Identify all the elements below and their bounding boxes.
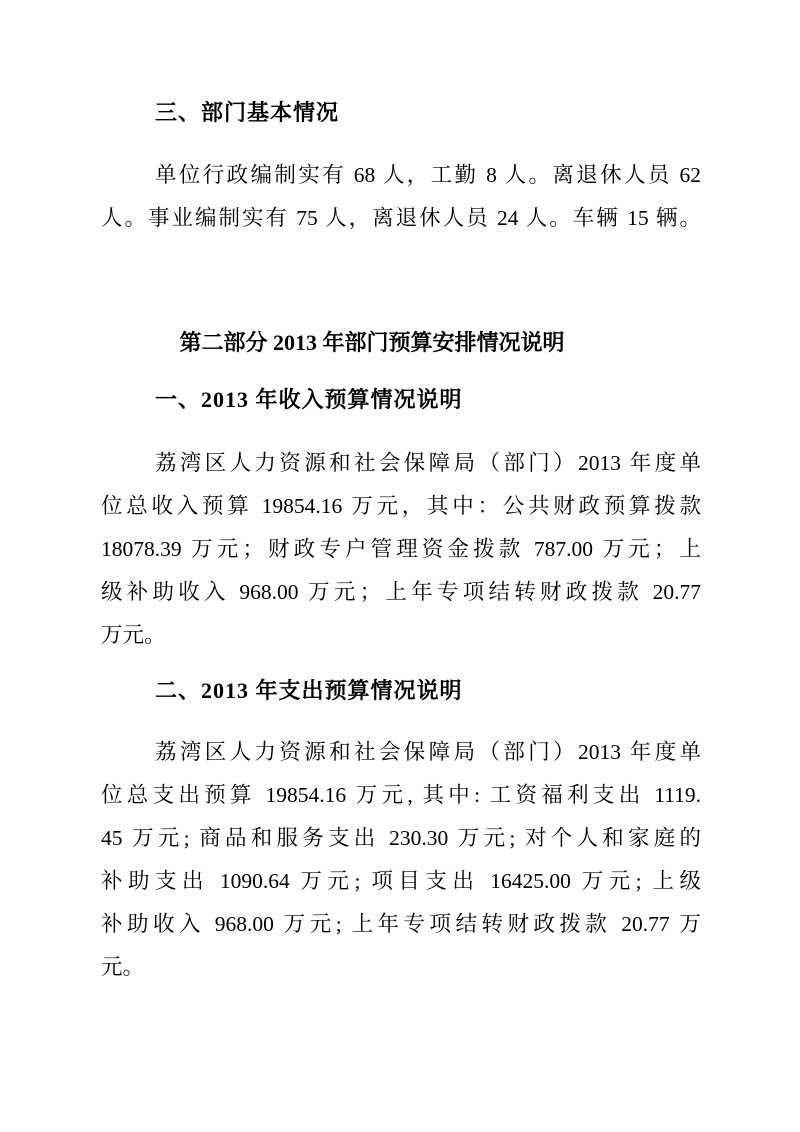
text-line: 位总支出预算 19854.16 万元, 其中: 工资福利支出 1119. bbox=[101, 774, 701, 817]
heading-income-budget: 一、2013 年收入预算情况说明 bbox=[101, 378, 701, 421]
text-line: 单位行政编制实有 68 人，工勤 8 人。离退休人员 62 bbox=[101, 154, 701, 197]
text-line: 补助收入 968.00 万元; 上年专项结转财政拨款 20.77 万 bbox=[101, 903, 701, 946]
paragraph-staffing: 单位行政编制实有 68 人，工勤 8 人。离退休人员 62人。事业编制实有 75… bbox=[101, 154, 701, 240]
text-line: 荔湾区人力资源和社会保障局（部门）2013 年度单 bbox=[101, 442, 701, 485]
text-line: 18078.39 万元；财政专户管理资金拨款 787.00 万元；上 bbox=[101, 528, 701, 571]
text-line: 人。事业编制实有 75 人，离退休人员 24 人。车辆 15 辆。 bbox=[101, 197, 701, 240]
text-line: 万元。 bbox=[101, 614, 701, 657]
part2-title: 第二部分 2013 年部门预算安排情况说明 bbox=[101, 321, 701, 364]
text-line: 位总收入预算 19854.16 万元，其中：公共财政预算拨款 bbox=[101, 485, 701, 528]
paragraph-expense-budget: 荔湾区人力资源和社会保障局（部门）2013 年度单位总支出预算 19854.16… bbox=[101, 731, 701, 989]
heading-expense-budget: 二、2013 年支出预算情况说明 bbox=[101, 669, 701, 712]
text-line: 元。 bbox=[101, 946, 701, 989]
text-line: 补助支出 1090.64 万元; 项目支出 16425.00 万元; 上级 bbox=[101, 860, 701, 903]
heading-basic-info: 三、部门基本情况 bbox=[101, 91, 701, 134]
text-line: 45 万元; 商品和服务支出 230.30 万元; 对个人和家庭的 bbox=[101, 817, 701, 860]
document-page: 三、部门基本情况 单位行政编制实有 68 人，工勤 8 人。离退休人员 62人。… bbox=[0, 0, 800, 1132]
paragraph-income-budget: 荔湾区人力资源和社会保障局（部门）2013 年度单位总收入预算 19854.16… bbox=[101, 442, 701, 657]
text-line: 荔湾区人力资源和社会保障局（部门）2013 年度单 bbox=[101, 731, 701, 774]
text-line: 级补助收入 968.00 万元；上年专项结转财政拨款 20.77 bbox=[101, 571, 701, 614]
